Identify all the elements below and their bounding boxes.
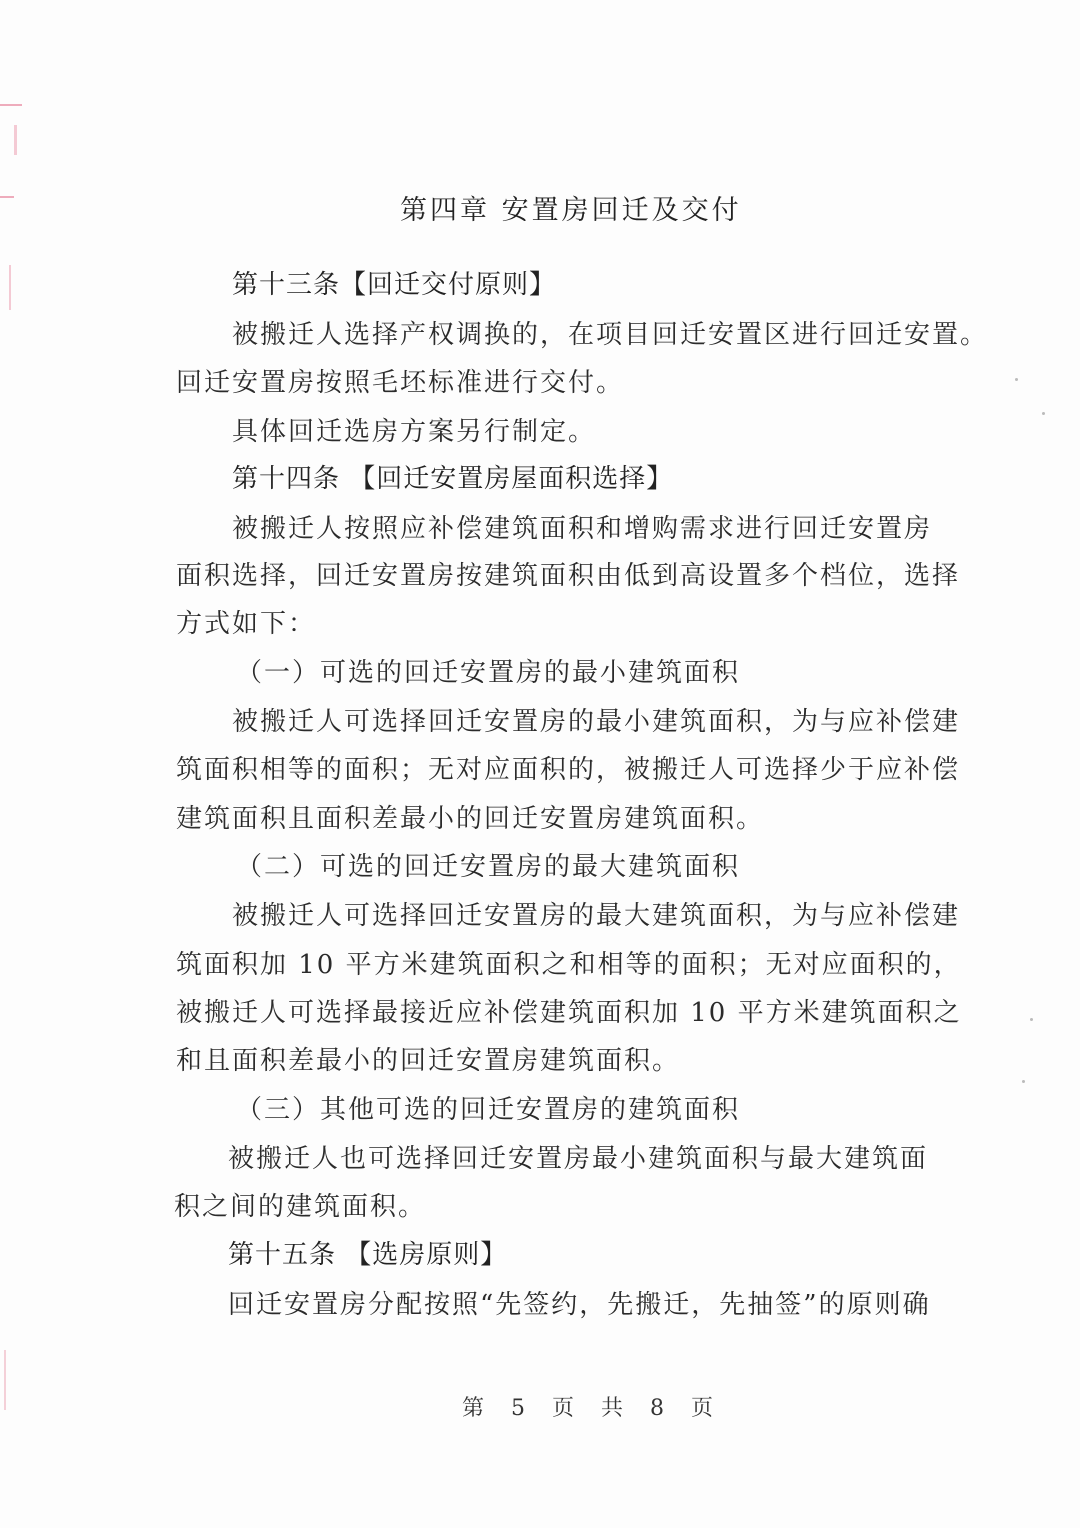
paragraph-line: 回迁安置房按照毛坯标准进行交付。 <box>176 368 624 398</box>
scan-speck <box>1042 412 1045 415</box>
paragraph-line: 被搬迁人可选择回迁安置房的最大建筑面积，为与应补偿建 <box>232 901 960 931</box>
page-number: 第 5 页 共 8 页 <box>462 1394 723 1424</box>
paragraph-line: 被搬迁人可选择回迁安置房的最小建筑面积，为与应补偿建 <box>232 707 960 737</box>
paragraph-line: 和且面积差最小的回迁安置房建筑面积。 <box>176 1046 680 1076</box>
seal-mark <box>9 265 11 310</box>
seal-mark <box>4 1350 6 1410</box>
paragraph-line: 具体回迁选房方案另行制定。 <box>232 417 596 447</box>
article-13-heading: 第十三条【回迁交付原则】 <box>232 270 556 300</box>
paragraph-line: 筑面积相等的面积；无对应面积的，被搬迁人可选择少于应补偿 <box>176 755 960 785</box>
section-3-title: （三）其他可选的回迁安置房的建筑面积 <box>236 1095 740 1125</box>
paragraph-line: 被搬迁人也可选择回迁安置房最小建筑面积与最大建筑面 <box>228 1144 928 1174</box>
section-1-title: （一）可选的回迁安置房的最小建筑面积 <box>236 658 740 688</box>
paragraph-line: 被搬迁人选择产权调换的，在项目回迁安置区进行回迁安置。 <box>232 320 988 350</box>
paragraph-line: 面积选择，回迁安置房按建筑面积由低到高设置多个档位，选择 <box>176 561 960 591</box>
section-2-title: （二）可选的回迁安置房的最大建筑面积 <box>236 852 740 882</box>
paragraph-line: 建筑面积且面积差最小的回迁安置房建筑面积。 <box>176 804 764 834</box>
article-14-heading: 第十四条 【回迁安置房屋面积选择】 <box>232 464 673 494</box>
seal-mark <box>0 104 22 106</box>
scan-speck <box>1030 1018 1033 1021</box>
paragraph-line: 被搬迁人可选择最接近应补偿建筑面积加 10 平方米建筑面积之 <box>176 998 962 1028</box>
paragraph-line: 方式如下： <box>176 609 316 639</box>
scan-speck <box>1015 378 1018 381</box>
seal-mark <box>0 196 14 198</box>
seal-mark <box>14 125 17 155</box>
chapter-title: 第四章 安置房回迁及交付 <box>400 196 742 226</box>
scan-speck <box>1022 1080 1025 1083</box>
document-page: 第四章 安置房回迁及交付 第十三条【回迁交付原则】 被搬迁人选择产权调换的，在项… <box>0 0 1080 1528</box>
paragraph-line: 积之间的建筑面积。 <box>174 1192 426 1222</box>
paragraph-line: 被搬迁人按照应补偿建筑面积和增购需求进行回迁安置房 <box>232 514 932 544</box>
article-15-heading: 第十五条 【选房原则】 <box>228 1240 507 1270</box>
paragraph-line: 筑面积加 10 平方米建筑面积之和相等的面积；无对应面积的， <box>176 950 962 980</box>
paragraph-line: 回迁安置房分配按照“先签约，先搬迁，先抽签”的原则确 <box>228 1290 931 1320</box>
